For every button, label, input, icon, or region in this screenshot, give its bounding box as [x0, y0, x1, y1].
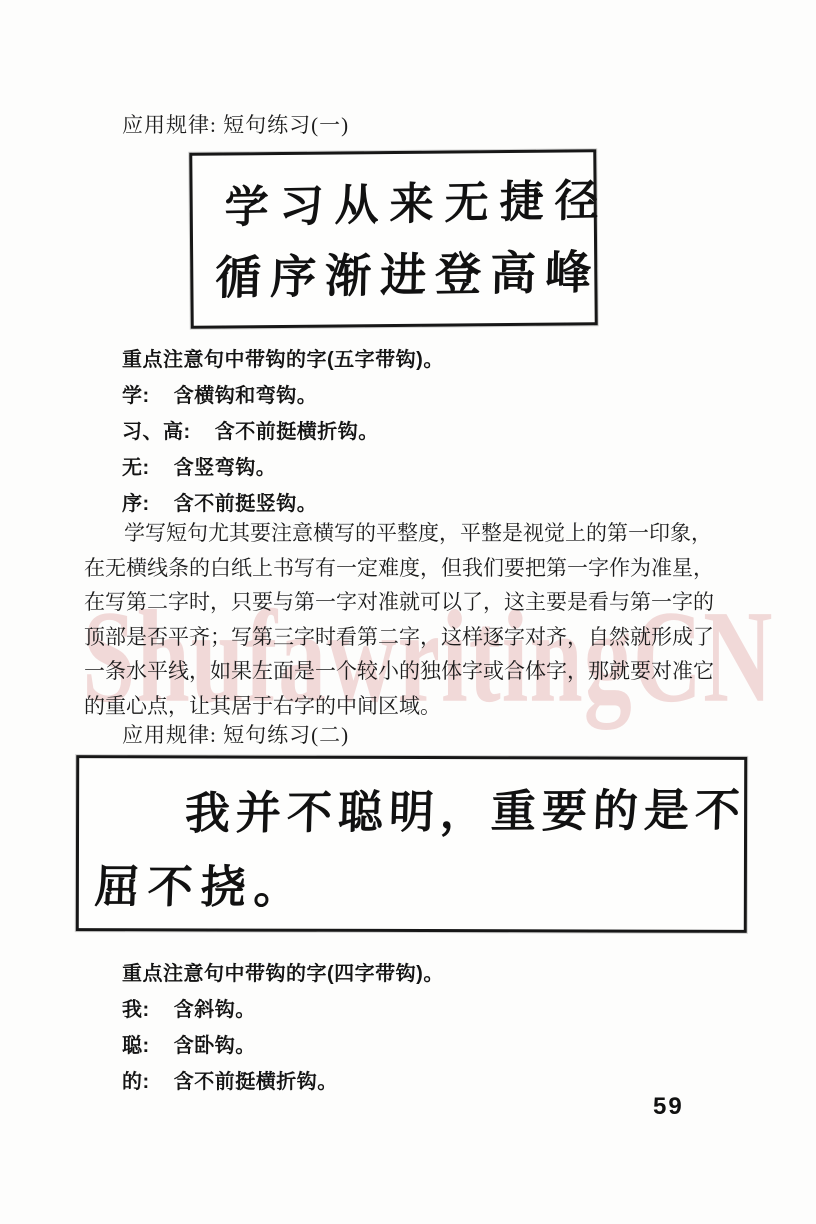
handwriting-line: 屈不挠。	[94, 850, 308, 916]
hook-item: 习、高: 含不前挺横折钩。	[122, 415, 379, 444]
handwriting-line: 我并不聪明，重要的是不	[184, 773, 747, 841]
body-paragraph: 学写短句尤其要注意横写的平整度，平整是视觉上的第一印象， 在无横线条的白纸上书写…	[84, 516, 744, 723]
hook-character-label: 习、高:	[122, 415, 191, 444]
page-number: 59	[653, 1093, 684, 1121]
hook-description: 含不前挺横折钩。	[215, 415, 379, 444]
hook-character-label: 无:	[122, 451, 150, 480]
handwriting-line: 学习从来无捷径	[224, 164, 610, 235]
handwriting-practice-box-1: 学习从来无捷径 循序渐进登高峰	[189, 149, 598, 329]
hook-item: 我: 含斜钩。	[122, 993, 256, 1022]
scanned-book-page: ShufawritingCN 应用规律: 短句练习(一) 学习从来无捷径 循序渐…	[0, 0, 816, 1224]
hook-description: 含斜钩。	[174, 993, 256, 1022]
key-point-note: 重点注意句中带钩的字(四字带钩)。	[122, 957, 444, 986]
hook-item: 无: 含竖弯钩。	[122, 451, 276, 480]
paragraph-line: 学写短句尤其要注意横写的平整度，平整是视觉上的第一印象，	[84, 516, 744, 551]
handwriting-practice-box-2: 我并不聪明，重要的是不 屈不挠。	[76, 755, 747, 933]
hook-description: 含不前挺竖钩。	[174, 487, 318, 516]
hook-description: 含卧钩。	[174, 1029, 256, 1058]
hook-character-label: 序:	[122, 487, 150, 516]
key-point-note: 重点注意句中带钩的字(五字带钩)。	[122, 343, 444, 372]
paragraph-line: 在写第二字时，只要与第一字对准就可以了，这主要是看与第一字的	[84, 585, 744, 620]
section2-heading: 应用规律: 短句练习(二)	[122, 719, 349, 749]
hook-description: 含竖弯钩。	[174, 451, 277, 480]
hook-item: 学: 含横钩和弯钩。	[122, 379, 317, 408]
hook-character-label: 我:	[122, 993, 150, 1022]
hook-description: 含横钩和弯钩。	[174, 379, 318, 408]
handwriting-line: 循序渐进登高峰	[215, 236, 601, 308]
hook-description: 含不前挺横折钩。	[174, 1065, 338, 1094]
section1-heading: 应用规律: 短句练习(一)	[122, 109, 349, 139]
paragraph-line: 的重心点，让其居于右字的中间区域。	[84, 689, 744, 724]
hook-item: 序: 含不前挺竖钩。	[122, 487, 317, 516]
paragraph-line: 在无横线条的白纸上书写有一定难度，但我们要把第一字作为准星，	[84, 551, 744, 586]
hook-item: 的: 含不前挺横折钩。	[122, 1065, 338, 1094]
paragraph-line: 一条水平线，如果左面是一个较小的独体字或合体字，那就要对准它	[84, 654, 744, 689]
hook-character-label: 学:	[122, 379, 150, 408]
hook-character-label: 聪:	[122, 1029, 150, 1058]
paragraph-line: 顶部是否平齐；写第三字时看第二字，这样逐字对齐，自然就形成了	[84, 620, 744, 655]
hook-item: 聪: 含卧钩。	[122, 1029, 256, 1058]
hook-character-label: 的:	[122, 1065, 150, 1094]
